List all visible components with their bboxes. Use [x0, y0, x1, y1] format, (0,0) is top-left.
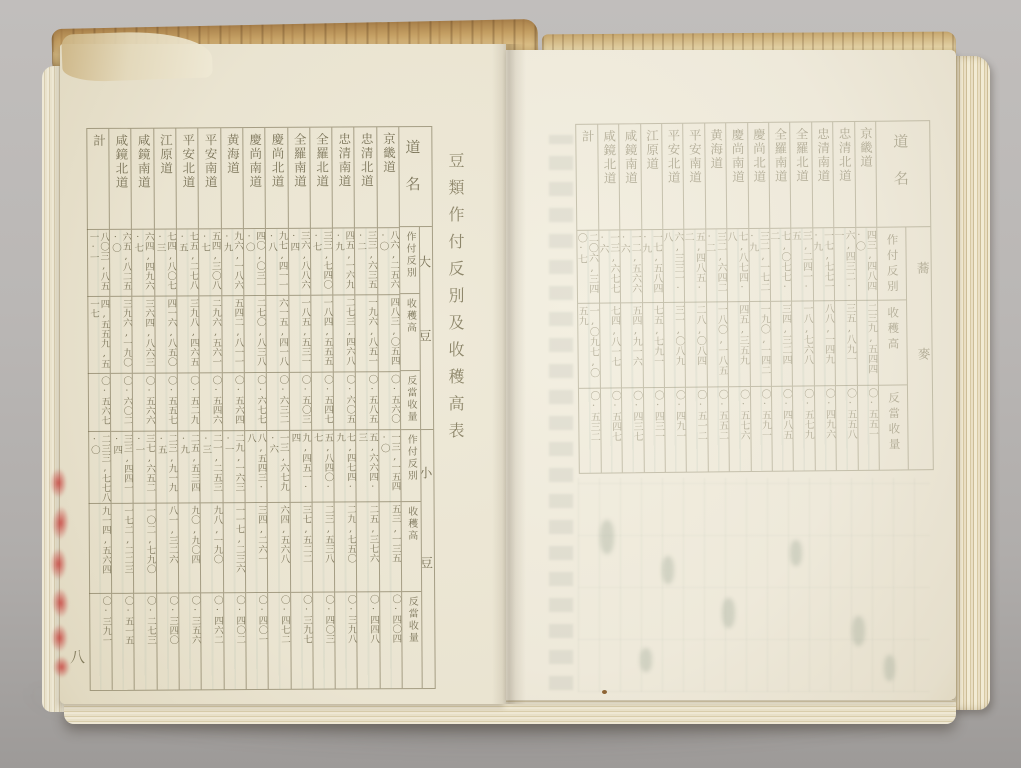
value-cell: 〇·五四七 [601, 388, 622, 472]
value-cell: 六,四三二·一 [835, 228, 856, 301]
value-cell: 〇·四〇三 [313, 593, 335, 689]
value-cell: 〇·三四〇 [157, 594, 179, 690]
value-cell: 一八,七六八 [792, 301, 813, 386]
value-cell: 三九六,一九〇 [110, 297, 132, 374]
value-cell: 二五,三七六 [357, 502, 379, 592]
value-cell: 五四,九一六 [621, 303, 642, 388]
value-cell: 〇·五〇三 [289, 373, 311, 431]
value-cell: 〇·四四八 [358, 592, 380, 688]
value-cell: 三一,〇八九 [664, 303, 685, 388]
value-cell: 〇·五五八 [836, 386, 857, 470]
measure-label: 作付反別 [400, 227, 419, 294]
value-cell: 三二,一七二·九 [749, 229, 770, 302]
value-cell: 〇·三五六 [179, 593, 201, 689]
province-name: 平安南道 [684, 124, 705, 230]
value-cell: 〇·四〇一 [246, 593, 268, 689]
value-cell: 三二,六四二·二 [706, 229, 727, 302]
value-cell: 八六,二五六·〇 [378, 228, 400, 295]
value-cell: 四三,四八四·〇 [856, 228, 877, 301]
value-cell: 〇·二七三 [135, 594, 157, 690]
measure-label: 反當收量 [401, 371, 420, 429]
value-cell: 八,五四三·八 [245, 431, 267, 503]
stamp-mark [53, 656, 70, 678]
value-cell: 三七,六五二·一 [134, 432, 156, 504]
value-cell: 九,四五一·四 [290, 431, 312, 503]
crop-label: 大豆 [420, 227, 433, 429]
value-cell: 〇·四七二 [268, 593, 290, 689]
value-cell: 〇·五六六 [133, 374, 155, 432]
province-name: 京畿道 [377, 127, 399, 228]
measure-labels: 作付反別收穫高反當收量 [877, 227, 909, 469]
value-cell: 〇·四三七 [622, 388, 643, 472]
value-cell: 三五,八九一 [835, 301, 856, 386]
value-cell: 〇·五六〇 [378, 372, 400, 430]
value-cell: 二九六,五六一 [200, 296, 222, 373]
paper-speck [602, 690, 607, 694]
province-name: 咸鏡南道 [132, 129, 154, 230]
stamp-mark [51, 624, 68, 652]
smudge [790, 540, 802, 566]
province-name: 黄海道 [705, 123, 726, 229]
province-name: 平安北道 [662, 124, 683, 230]
value-cell: 六,三三一·八 [663, 230, 684, 303]
value-cell: 〇·四三一 [644, 388, 665, 472]
smudge [884, 655, 895, 681]
province-name: 慶尚北道 [748, 123, 769, 229]
value-cell: 〇·五五二 [708, 387, 729, 471]
measure-label: 收穫高 [402, 502, 422, 592]
value-cell: 五四二,八一一 [222, 296, 244, 373]
measure-label: 反當收量 [402, 592, 422, 688]
province-name: 江原道 [154, 129, 176, 230]
value-cell: 一七,五八四·九 [642, 230, 663, 303]
value-cell: 五,八四〇·七 [312, 431, 334, 503]
value-cell: 〇·三九七 [291, 593, 313, 689]
province-name: 全羅南道 [769, 123, 790, 229]
value-cell: 一三,六七七·六 [599, 230, 620, 303]
value-cell: 一三,六七九·六 [267, 431, 289, 503]
province-column-header: 道名 [399, 127, 432, 227]
value-cell: 〇·六〇五 [334, 372, 356, 430]
value-cell: 八〇三,八五一·一 [87, 230, 110, 297]
value-cell: 〇·五六四 [222, 373, 244, 431]
value-cell: 〇·五九一 [751, 387, 772, 471]
value-cell: 二五,五三四·九 [178, 431, 200, 503]
value-cell: 八一,三二六 [156, 504, 178, 594]
value-cell: 二三,九一九·五 [156, 432, 178, 504]
value-cell: 〇·六三二 [267, 373, 289, 431]
value-cell: 二三三,七七八·〇 [88, 432, 111, 504]
province-name: 計 [576, 125, 598, 231]
measure-labels: 作付反別收穫高反當收量 [401, 430, 423, 688]
value-cell: 〇·四九六 [815, 386, 836, 470]
crop-band: 作付反別收穫高反當收量大豆 [400, 227, 433, 430]
crop-band: 作付反別收穫高反當收量蕎麥 [877, 227, 933, 470]
province-name: 黄海道 [221, 128, 243, 229]
value-cell: 九七,四一一·八 [266, 229, 288, 296]
value-cell: 七五,二七八·五 [177, 229, 199, 296]
measure-label: 反當收量 [879, 385, 908, 469]
smudge [852, 616, 865, 646]
gutter-shadow [492, 44, 526, 704]
value-cell: 〇·五七九 [793, 386, 814, 470]
province-name: 忠清南道 [332, 127, 354, 228]
value-cell: 〇·五一五 [112, 594, 134, 690]
value-cell: 四,五五九,五一七 [87, 297, 110, 374]
value-cell: 〇·五五一 [858, 386, 879, 470]
value-cell: 四一六,八五〇 [155, 297, 177, 374]
value-cell: 二七〇,八三八 [244, 296, 266, 373]
value-cell: 四〇,〇三一·〇 [244, 229, 266, 296]
measure-label: 收穫高 [400, 294, 419, 371]
stamp-mark [50, 548, 67, 580]
value-cell: 七五,七九一 [643, 303, 664, 388]
value-cell: 三四,三二四 [771, 302, 792, 387]
province-name: 全羅南道 [288, 128, 310, 229]
header-column: 道名作付反別收穫高反當收量蕎麥 [875, 121, 933, 470]
value-cell: 五,六六四·三 [357, 430, 379, 502]
value-cell: 九八,一九〇 [201, 503, 223, 593]
value-cell: 三四,二六一 [245, 503, 267, 593]
value-cell: 二〇六,三四〇·七 [577, 231, 599, 304]
measure-label: 作付反別 [877, 227, 906, 300]
value-cell: 七四,八〇七·三 [155, 230, 177, 297]
value-cell: 四八三,〇五四 [378, 295, 400, 372]
stamp-mark [51, 505, 70, 540]
value-cell: 六四,四九六·七 [132, 230, 154, 297]
page-edges-right [950, 56, 990, 710]
value-cell: 七,四七四·九 [334, 430, 356, 502]
value-cell: 一八五,五三一 [289, 296, 311, 373]
value-cell: 〇·五六七 [88, 374, 111, 432]
measure-labels: 作付反別收穫高反當收量 [400, 227, 421, 429]
value-cell: 一〇二,七九〇 [134, 504, 156, 594]
value-cell: 四五,一六九·九 [333, 228, 355, 295]
value-cell: 一九〇,一四二 [750, 302, 771, 387]
measure-label: 收穫高 [878, 300, 907, 385]
left-table: 道名作付反別收穫高反當收量大豆作付反別收穫高反當收量小豆京畿道八六,二五六·〇四… [86, 126, 435, 691]
value-cell: 二九,一六三·一 [223, 431, 245, 503]
province-name: 平安北道 [176, 128, 198, 229]
value-cell: 三六,八八六·四 [288, 229, 310, 296]
value-cell: 〇·五四六 [200, 373, 222, 431]
province-name: 全羅北道 [791, 122, 812, 228]
smudge [662, 556, 674, 584]
bleed-through-area [578, 478, 930, 692]
crop-label: 小豆 [421, 430, 435, 688]
value-cell: 九〇,九〇四 [179, 503, 201, 593]
header-column: 道名作付反別收穫高反當收量大豆作付反別收穫高反當收量小豆 [398, 127, 434, 688]
value-cell: 〇·四〇二 [224, 593, 246, 689]
value-cell: 一八〇,一八五 [707, 302, 728, 387]
value-cell: 〇·五三二 [578, 389, 600, 473]
value-cell: 〇·五五七 [156, 374, 178, 432]
right-table: 道名作付反別收穫高反當收量蕎麥京畿道四三,四八四·〇二三九,五四四〇·五五一忠清… [575, 120, 934, 474]
province-name: 計 [86, 129, 109, 230]
smudge [600, 520, 614, 554]
stamp-mark [50, 468, 67, 498]
value-cell: 八八,一四九 [814, 301, 835, 386]
province-name: 忠清南道 [812, 122, 833, 228]
value-cell: 一二,五六六·六 [621, 230, 642, 303]
province-column-header: 道名 [876, 121, 930, 228]
province-name: 忠清北道 [355, 127, 377, 228]
value-cell: 三六四,八六三 [133, 297, 155, 374]
value-cell: 〇·四〇四 [380, 592, 402, 688]
value-cell: 一九六,八五一 [356, 295, 378, 372]
province-name: 京畿道 [855, 122, 876, 228]
value-cell: 一三,一五四·〇 [379, 430, 401, 502]
value-cell: 三三,六三五·二 [355, 228, 377, 295]
value-cell: 九六,一八六·九 [222, 229, 244, 296]
province-name: 咸鏡北道 [109, 129, 131, 230]
province-name: 慶尚南道 [243, 128, 265, 229]
value-cell: 〇·四九一 [665, 388, 686, 472]
value-cell: 三七,五二二 [290, 503, 312, 593]
value-cell: 〇·四八五 [772, 387, 793, 471]
value-cell: 三,二四一·五 [792, 228, 813, 301]
bleed-through-strip [549, 135, 573, 690]
value-cell: 七,八七四·八 [728, 229, 749, 302]
value-cell: 六一五,四一八 [267, 296, 289, 373]
province-name: 慶尚南道 [726, 123, 747, 229]
value-cell: 一七二,二二三 [112, 504, 134, 594]
value-cell: 一,〇九七,〇五九 [578, 304, 600, 389]
smudge [722, 598, 735, 628]
value-cell: 九一四,五六四 [88, 504, 111, 594]
value-cell: 〇·五一二 [686, 388, 707, 472]
value-cell: 二七三,四六八 [333, 295, 355, 372]
value-cell: 二一,二五三·三 [200, 431, 222, 503]
value-cell: 六五,八二五·〇 [110, 230, 132, 297]
book-photo: 豆類作付反別及收穫高表 道名作付反別收穫高反當收量大豆作付反別收穫高反當收量小豆… [0, 0, 1021, 768]
province-name: 咸鏡南道 [619, 124, 640, 230]
value-cell: 〇·五七六 [729, 387, 750, 471]
crop-label: 蕎麥 [906, 227, 933, 469]
province-name: 慶尚北道 [266, 128, 288, 229]
value-cell: 〇·五八五 [356, 372, 378, 430]
value-cell: 〇·五四七 [312, 373, 334, 431]
value-cell: 〇·四六二 [201, 593, 223, 689]
value-cell: 三九八,四六五 [177, 296, 199, 373]
page-number: 八 [70, 646, 85, 667]
value-cell: 〇·六七七 [245, 373, 267, 431]
value-cell: 四五,三五九 [728, 302, 749, 387]
value-cell: 一一七,二三六 [223, 503, 245, 593]
value-cell: 一八四,五五五 [311, 296, 333, 373]
stamp-mark [51, 588, 70, 619]
value-cell: 七四,八一七 [600, 303, 621, 388]
value-cell: 〇·六〇二 [111, 374, 133, 432]
value-cell: 六四,五六八 [268, 503, 290, 593]
value-cell: 五,四八五·二 [685, 230, 706, 303]
value-cell: 二八,〇八四 [686, 303, 707, 388]
value-cell: 五四,三〇八·七 [199, 229, 221, 296]
value-cell: 三三,七四〇·七 [311, 229, 333, 296]
province-name: 全羅北道 [310, 128, 332, 229]
province-name: 忠清北道 [833, 122, 854, 228]
table-title: 豆類作付反別及收穫高表 [444, 152, 467, 542]
value-cell: 七,〇七七·二 [770, 229, 791, 302]
value-cell: 〇·五二九 [178, 373, 200, 431]
crop-band: 作付反別收穫高反當收量小豆 [401, 430, 435, 688]
value-cell: 五三,一三五 [379, 502, 401, 592]
province-name: 江原道 [641, 124, 662, 230]
value-cell: 一七,七七一·九 [813, 228, 834, 301]
value-cell: 三三,四四一·四 [111, 432, 133, 504]
value-cell: 二三九,五四四 [857, 301, 878, 386]
province-name: 咸鏡北道 [598, 124, 619, 230]
value-cell: 〇·三九八 [335, 592, 357, 688]
measure-label: 作付反別 [401, 430, 420, 502]
value-cell: 〇·三九一 [89, 594, 112, 690]
value-cell: 二九,七五〇 [335, 502, 357, 592]
province-name: 平安南道 [199, 128, 221, 229]
smudge [640, 648, 652, 672]
value-cell: 二三,五三八 [312, 503, 334, 593]
